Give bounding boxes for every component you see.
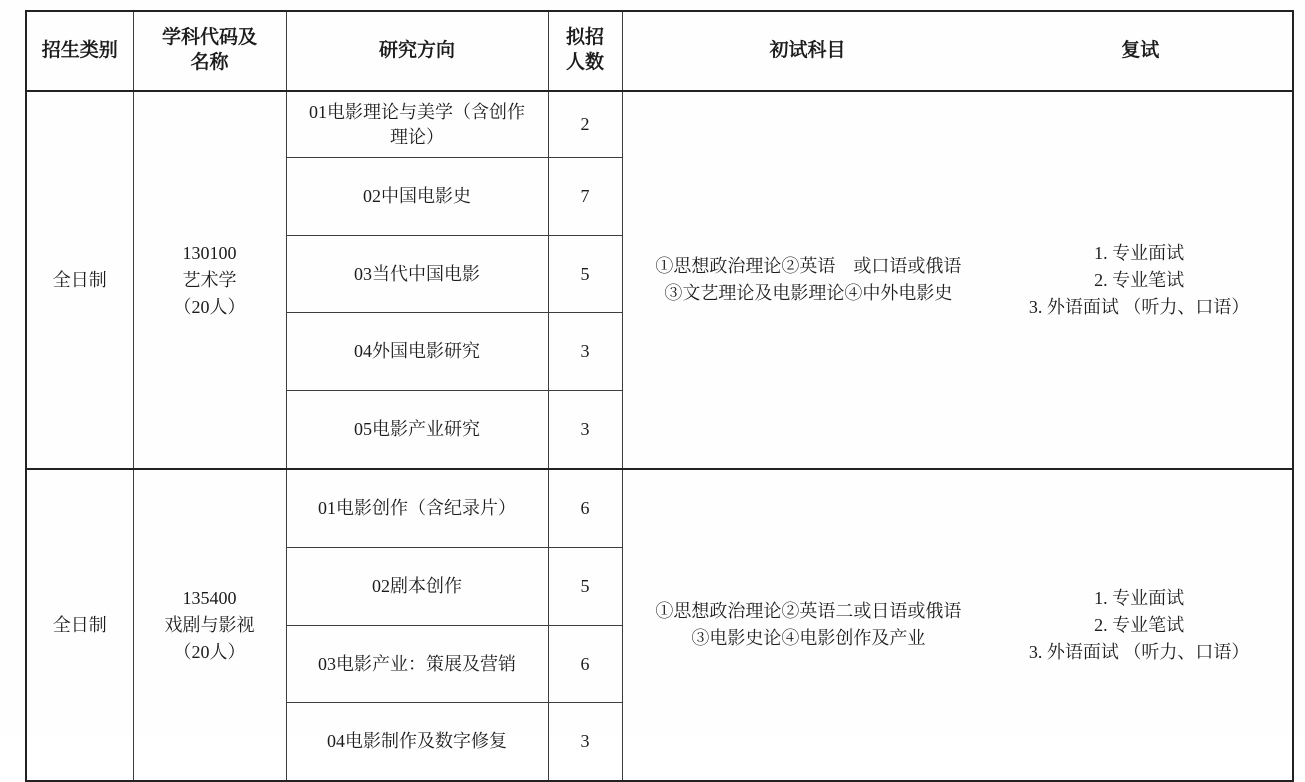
retest-line: 1. 专业面试 (990, 585, 1288, 612)
table-header: 招生类别 学科代码及 名称 研究方向 拟招 人数 初试科目 复试 (26, 11, 1293, 91)
header-initial-exam: 初试科目 (625, 38, 991, 64)
cell-direction: 05电影产业研究 (286, 391, 548, 470)
header-direction: 研究方向 (286, 11, 548, 91)
cell-count: 6 (548, 469, 622, 548)
initial-exam-line: ①思想政治理论②英语二或日语或俄语 (627, 598, 991, 625)
header-code-name: 学科代码及 名称 (133, 11, 286, 91)
cell-code-group2: 135400 戏剧与影视 （20人） (133, 469, 286, 781)
cell-count: 2 (548, 91, 622, 158)
table-row: 全日制 130100 艺术学 （20人） 01电影理论与美学（含创作理论） 2 … (26, 91, 1293, 158)
cell-direction: 04电影制作及数字修复 (286, 703, 548, 782)
retest-text: 1. 专业面试 2. 专业笔试 3. 外语面试 （听力、口语） (990, 585, 1288, 666)
cell-direction: 01电影理论与美学（含创作理论） (286, 91, 548, 158)
cell-direction: 02剧本创作 (286, 548, 548, 626)
header-row: 招生类别 学科代码及 名称 研究方向 拟招 人数 初试科目 复试 (26, 11, 1293, 91)
retest-line: 2. 专业笔试 (990, 612, 1288, 639)
retest-line: 2. 专业笔试 (990, 267, 1288, 294)
count-value: 5 (581, 576, 590, 596)
group-130100: 全日制 130100 艺术学 （20人） 01电影理论与美学（含创作理论） 2 … (26, 91, 1293, 469)
table-row: 全日制 135400 戏剧与影视 （20人） 01电影创作（含纪录片） 6 ①思… (26, 469, 1293, 548)
group-135400: 全日制 135400 戏剧与影视 （20人） 01电影创作（含纪录片） 6 ①思… (26, 469, 1293, 781)
code-line: 135400 (138, 585, 282, 612)
cell-exams-group2: ①思想政治理论②英语二或日语或俄语 ③电影史论④电影创作及产业 1. 专业面试 … (622, 469, 1293, 781)
retest-line: 3. 外语面试 （听力、口语） (990, 639, 1288, 666)
count-value: 3 (581, 419, 590, 439)
cell-code-group1: 130100 艺术学 （20人） (133, 91, 286, 469)
header-count: 拟招 人数 (548, 11, 622, 91)
initial-exam-text: ①思想政治理论②英语二或日语或俄语 ③电影史论④电影创作及产业 (627, 598, 991, 652)
cell-direction: 03当代中国电影 (286, 236, 548, 313)
cell-direction: 04外国电影研究 (286, 313, 548, 391)
header-code-name-line2: 名称 (136, 51, 284, 76)
count-value: 7 (581, 186, 590, 206)
header-count-line2: 人数 (551, 51, 620, 76)
cell-count: 5 (548, 548, 622, 626)
code-line: 戏剧与影视 (138, 612, 282, 639)
header-code-name-line1: 学科代码及 (136, 26, 284, 51)
initial-exam-line: ③文艺理论及电影理论④中外电影史 (627, 280, 991, 307)
cell-direction: 02中国电影史 (286, 158, 548, 236)
cell-count: 3 (548, 313, 622, 391)
retest-line: 3. 外语面试 （听力、口语） (990, 294, 1288, 321)
count-value: 5 (581, 264, 590, 284)
cell-category-group1: 全日制 (26, 91, 133, 469)
cell-exams-group1: ①思想政治理论②英语 或口语或俄语 ③文艺理论及电影理论④中外电影史 1. 专业… (622, 91, 1293, 469)
header-exams: 初试科目 复试 (622, 11, 1293, 91)
cell-category-group2: 全日制 (26, 469, 133, 781)
count-value: 2 (581, 114, 590, 134)
document-page: 招生类别 学科代码及 名称 研究方向 拟招 人数 初试科目 复试 (0, 0, 1305, 736)
count-value: 3 (581, 341, 590, 361)
count-value: 6 (581, 654, 590, 674)
code-line: 艺术学 (138, 267, 282, 294)
cell-count: 3 (548, 703, 622, 782)
cell-count: 3 (548, 391, 622, 470)
cell-count: 5 (548, 236, 622, 313)
initial-exam-text: ①思想政治理论②英语 或口语或俄语 ③文艺理论及电影理论④中外电影史 (627, 253, 991, 307)
cell-direction: 01电影创作（含纪录片） (286, 469, 548, 548)
code-line: （20人） (138, 639, 282, 666)
admission-table: 招生类别 学科代码及 名称 研究方向 拟招 人数 初试科目 复试 (25, 10, 1294, 782)
cell-direction: 03电影产业：策展及营销 (286, 626, 548, 703)
count-value: 3 (581, 731, 590, 751)
retest-line: 1. 专业面试 (990, 240, 1288, 267)
count-value: 6 (581, 498, 590, 518)
initial-exam-line: ③电影史论④电影创作及产业 (627, 625, 991, 652)
initial-exam-line: ①思想政治理论②英语 或口语或俄语 (627, 253, 991, 280)
cell-count: 6 (548, 626, 622, 703)
retest-text: 1. 专业面试 2. 专业笔试 3. 外语面试 （听力、口语） (990, 240, 1288, 321)
code-line: 130100 (138, 240, 282, 267)
cell-count: 7 (548, 158, 622, 236)
header-retest: 复试 (991, 38, 1290, 64)
header-category: 招生类别 (26, 11, 133, 91)
header-count-line1: 拟招 (551, 26, 620, 51)
code-line: （20人） (138, 294, 282, 321)
